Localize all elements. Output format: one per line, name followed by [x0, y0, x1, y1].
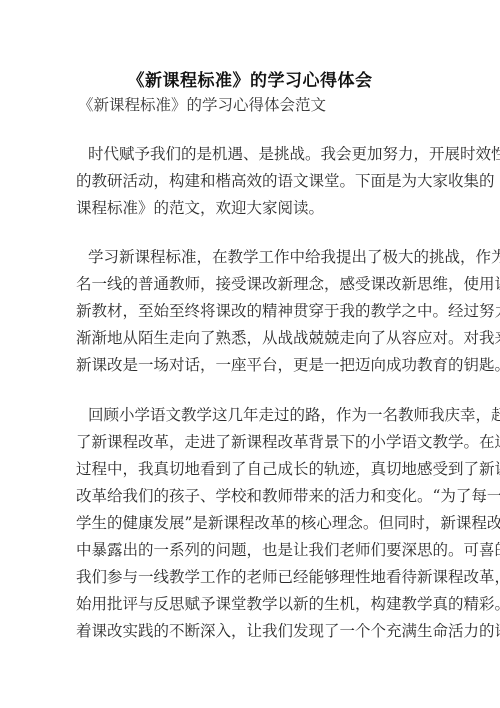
paragraph-line: 着课改实践的不断深入，让我们发现了一个个充满生命活力的语文	[76, 618, 420, 645]
paragraph-line: 中暴露出的一系列的问题，也是让我们老师们要深思的。可喜的是，	[76, 537, 420, 564]
document-title: 《新课程标准》的学习心得体会	[0, 66, 500, 91]
paragraph-line: 学生的健康发展”是新课程改革的核心理念。但同时，新课程改革	[76, 510, 420, 537]
paragraph-line: 时代赋予我们的是机遇、是挑战。我会更加努力，开展时效性强	[76, 141, 420, 168]
paragraph-line: 始用批评与反思赋予课堂教学以新的生机，构建教学真的精彩。随	[76, 591, 420, 618]
paragraph-line: 渐渐地从陌生走向了熟悉，从战战兢兢走向了从容应对。对我来说，	[76, 325, 420, 352]
paragraph-1: 时代赋予我们的是机遇、是挑战。我会更加努力，开展时效性强 的教研活动，构建和楷高…	[76, 141, 420, 222]
paragraph-line: 回顾小学语文教学这几年走过的路，作为一名教师我庆幸，赶上	[76, 402, 420, 429]
document-subtitle: 《新课程标准》的学习心得体会范文	[78, 93, 326, 115]
paragraph-line: 过程中，我真切地看到了自己成长的轨迹，真切地感受到了新课程	[76, 456, 420, 483]
paragraph-line: 的教研活动，构建和楷高效的语文课堂。下面是为大家收集的《新	[76, 168, 420, 195]
paragraph-line: 学习新课程标准，在教学工作中给我提出了极大的挑战，作为一	[76, 244, 420, 271]
paragraph-line: 名一线的普通教师，接受课改新理念，感受课改新思维，使用课改	[76, 271, 420, 298]
paragraph-line: 我们参与一线教学工作的老师已经能够理性地看待新课程改革，开	[76, 564, 420, 591]
paragraph-line: 新教材，至始至终将课改的精神贯穿于我的教学之中。经过努力，	[76, 298, 420, 325]
paragraph-line: 改革给我们的孩子、学校和教师带来的活力和变化。“为了每一个	[76, 483, 420, 510]
paragraph-2: 学习新课程标准，在教学工作中给我提出了极大的挑战，作为一 名一线的普通教师，接受…	[76, 244, 420, 379]
paragraph-line: 课程标准》的范文，欢迎大家阅读。	[76, 195, 420, 222]
paragraph-3: 回顾小学语文教学这几年走过的路，作为一名教师我庆幸，赶上 了新课程改革，走进了新…	[76, 402, 420, 645]
paragraph-line: 了新课程改革，走进了新课程改革背景下的小学语文教学。在这一	[76, 429, 420, 456]
paragraph-line: 新课改是一场对话，一座平台，更是一把迈向成功教育的钥匙。	[76, 352, 420, 379]
